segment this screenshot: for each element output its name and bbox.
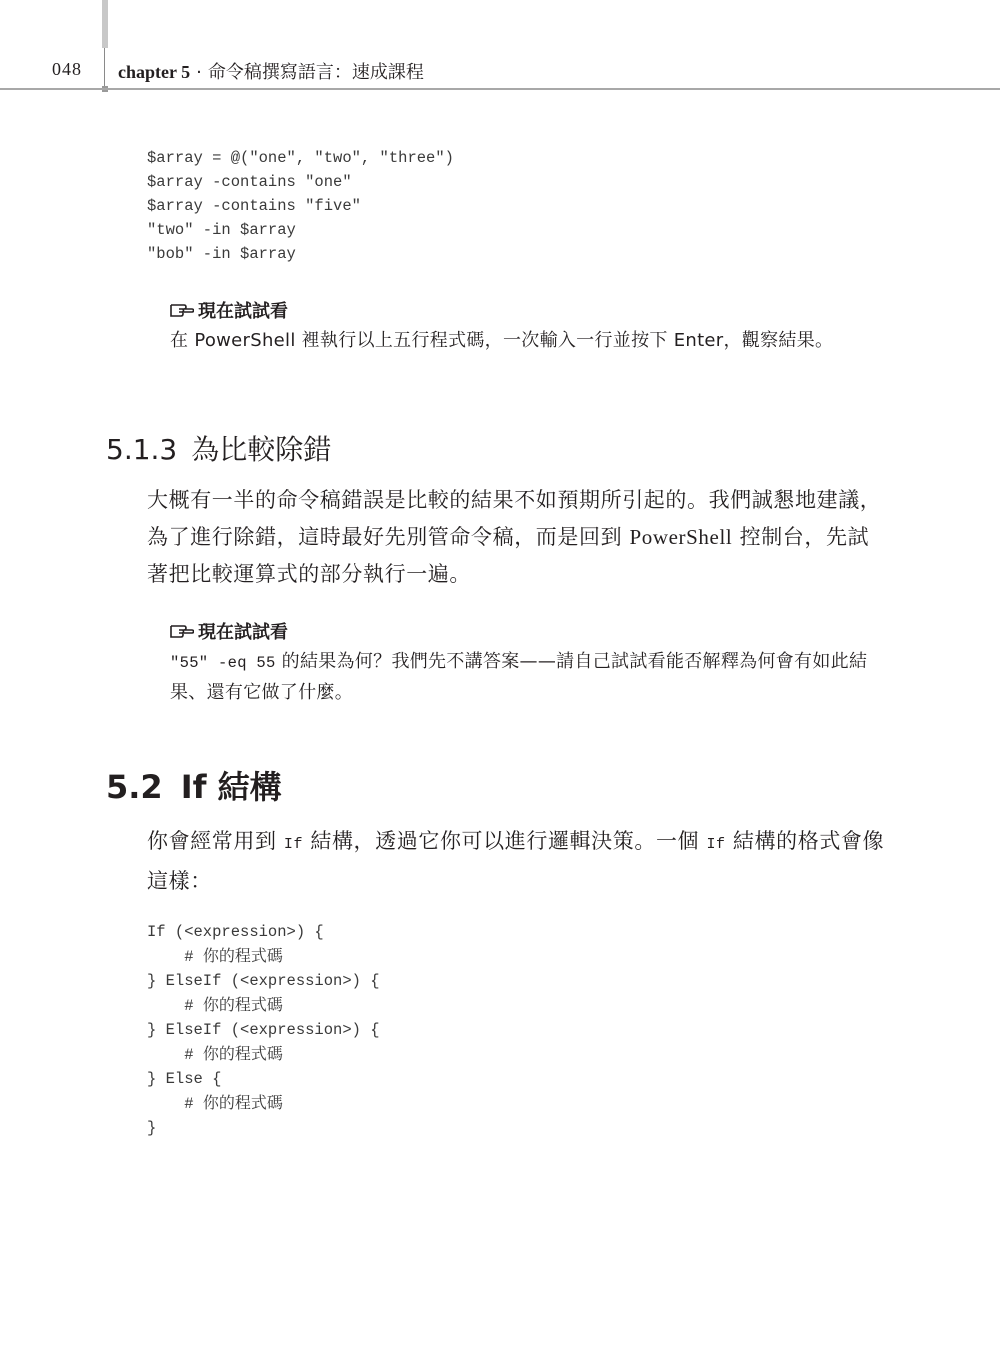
chapter-label: chapter 5 [118,62,190,82]
code-block-if-syntax: If (<expression>) { # 你的程式碼 } ElseIf (<e… [147,920,380,1140]
header-decor-bar [102,0,108,48]
chapter-title: 命令稿撰寫語言：速成課程 [208,62,424,83]
code-block-array: $array = @("one", "two", "three") $array… [147,146,454,266]
code-line: $array -contains "five" [147,197,361,215]
try-it-now-text: "55" -eq 55 的結果為何？我們先不講答案——請自己試試看能否解釋為何會… [170,647,884,708]
code-line: } ElseIf (<expression>) { [147,972,380,990]
page-number: 048 [52,59,82,80]
try-it-now-title: 現在試試看 [198,618,288,644]
try-it-now-box: 現在試試看 "55" -eq 55 的結果為何？我們先不講答案——請自己試試看能… [170,617,884,708]
try-it-now-title: 現在試試看 [198,297,288,323]
code-line: } ElseIf (<expression>) { [147,1021,380,1039]
running-header: chapter 5·命令稿撰寫語言：速成課程 [118,58,424,84]
try-it-now-heading: 現在試試看 [170,296,884,324]
code-line: If (<expression>) { [147,923,324,941]
code-line: } Else { [147,1070,221,1088]
code-comment: 你的程式碼 [203,946,283,965]
section-title: If 結構 [181,768,282,806]
inline-code: If [284,836,303,853]
inline-code: "55" -eq 55 [170,654,276,672]
code-line: # 你的程式碼 [147,1095,283,1113]
section-heading-5-2: 5.2If 結構 [106,762,282,808]
paragraph-debugging: 大概有一半的命令稿錯誤是比較的結果不如預期所引起的。我們誠懇地建議，為了進行除錯… [147,482,887,593]
header-rule [0,88,1000,90]
code-line: "bob" -in $array [147,245,296,263]
section-number: 5.2 [106,768,163,806]
paragraph-text: 你會經常用到 [147,829,284,853]
code-comment: 你的程式碼 [203,1093,283,1112]
code-line: # 你的程式碼 [147,948,283,966]
code-line: $array = @("one", "two", "three") [147,149,454,167]
code-line: # 你的程式碼 [147,1046,283,1064]
section-heading-5-1-3: 5.1.3為比較除錯 [106,428,331,468]
code-comment: 你的程式碼 [203,1044,283,1063]
code-line: "two" -in $array [147,221,296,239]
paragraph-text: 結構，透過它你可以進行邏輯決策。一個 [303,829,706,853]
code-comment: 你的程式碼 [203,995,283,1014]
code-line: } [147,1119,156,1137]
inline-code: If [706,836,725,853]
code-line: # 你的程式碼 [147,997,283,1015]
try-it-now-box: 現在試試看 在 PowerShell 裡執行以上五行程式碼，一次輸入一行並按下 … [170,296,884,356]
header-divider [104,48,105,88]
code-line: $array -contains "one" [147,173,352,191]
try-it-now-heading: 現在試試看 [170,617,884,645]
try-it-now-text: 在 PowerShell 裡執行以上五行程式碼，一次輸入一行並按下 Enter，… [170,326,884,356]
section-title: 為比較除錯 [191,433,331,466]
section-number: 5.1.3 [106,433,177,466]
paragraph-term: PowerShell [629,525,732,549]
pointing-hand-icon [170,622,194,640]
pointing-hand-icon [170,301,194,319]
header-separator: · [196,62,202,83]
paragraph-if-structure: 你會經常用到 If 結構，透過它你可以進行邏輯決策。一個 If 結構的格式會像這… [147,823,887,900]
